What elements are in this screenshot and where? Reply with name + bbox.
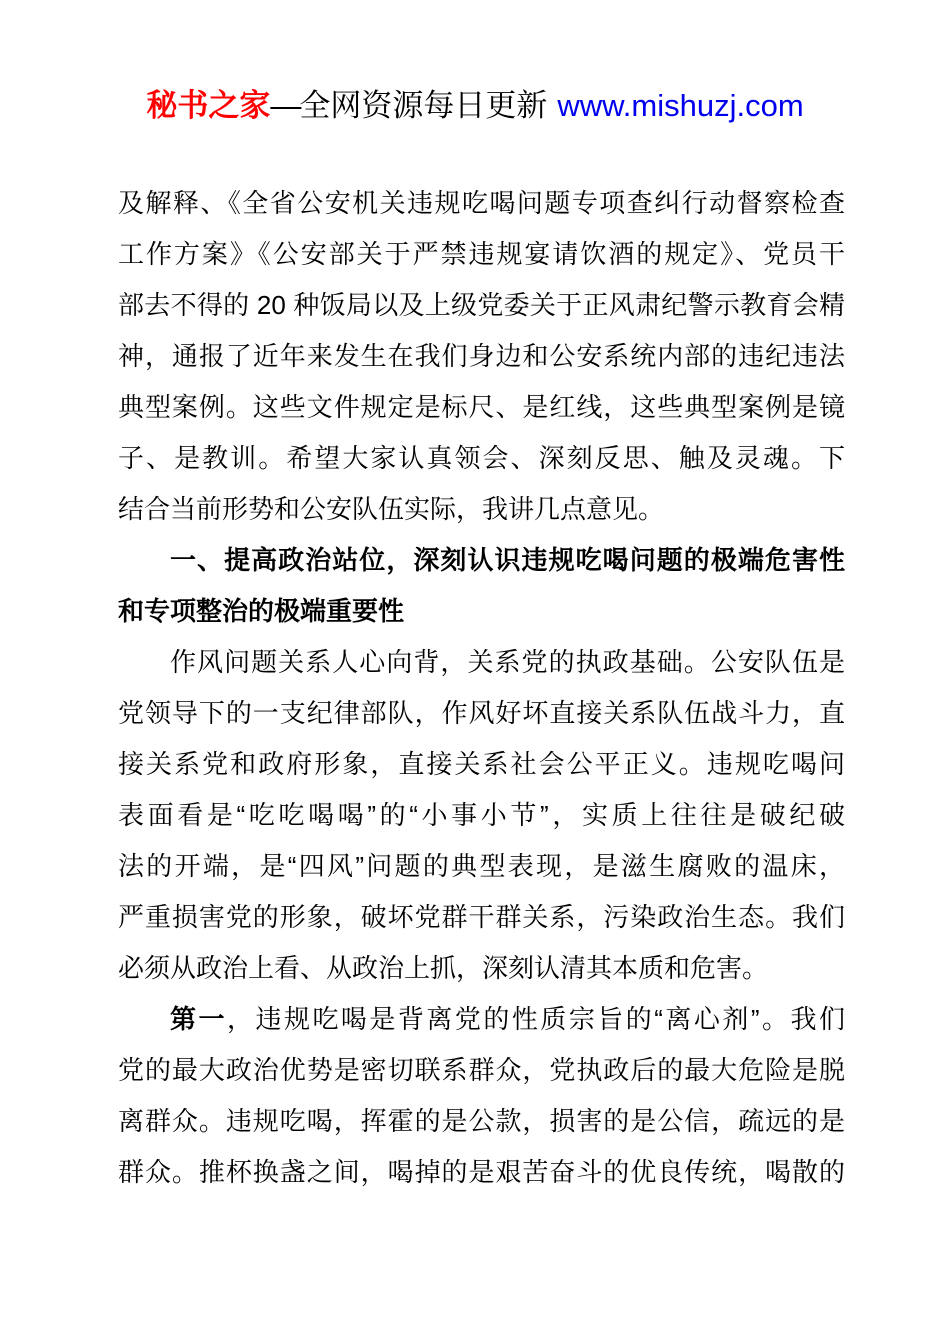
text-line: 党的最大政治优势是密切联系群众，党执政后的最大危险是脱 (118, 1045, 845, 1096)
text-line: 表面看是“吃吃喝喝”的“小事小节”，实质上往往是破纪破 (118, 790, 845, 841)
text-line: 必须从政治上看、从政治上抓，深刻认清其本质和危害。 (118, 943, 845, 994)
text-line: 典型案例。这些文件规定是标尺、是红线，这些典型案例是镜 (118, 382, 845, 433)
text-line: 接关系党和政府形象，直接关系社会公平正义。违规吃喝问题， (118, 739, 845, 790)
text-line: 离群众。违规吃喝，挥霍的是公款，损害的是公信，疏远的是 (118, 1096, 845, 1147)
line-text: ，违规吃喝是背离党的性质宗旨的“离心剂”。我们 (227, 1004, 845, 1034)
text-line: 第一，违规吃喝是背离党的性质宗旨的“离心剂”。我们 (118, 994, 845, 1045)
site-header: 秘书之家—全网资源每日更新www.mishuzj.com (0, 0, 950, 124)
text-line: 群众。推杯换盏之间，喝掉的是艰苦奋斗的优良传统，喝散的 (118, 1147, 845, 1198)
text-line: 党领导下的一支纪律部队，作风好坏直接关系队伍战斗力，直 (118, 688, 845, 739)
document-page: 秘书之家—全网资源每日更新www.mishuzj.com 及解释、《全省公安机关… (0, 0, 950, 1344)
emphasis-prefix: 第一 (170, 1004, 227, 1034)
dash-separator: — (270, 88, 299, 123)
text-line: 作风问题关系人心向背，关系党的执政基础。公安队伍是 (118, 637, 845, 688)
text-line: 部去不得的 20 种饭局以及上级党委关于正风肃纪警示教育会精 (118, 280, 845, 331)
site-url-link[interactable]: www.mishuzj.com (557, 88, 803, 123)
site-brand: 秘书之家 (146, 88, 270, 123)
text-line: 子、是教训。希望大家认真领会、深刻反思、触及灵魂。下面， (118, 433, 845, 484)
text-line: 和专项整治的极端重要性 (118, 586, 845, 637)
text-line: 工作方案》《公安部关于严禁违规宴请饮酒的规定》、党员干 (118, 229, 845, 280)
text-line: 神，通报了近年来发生在我们身边和公安系统内部的违纪违法 (118, 331, 845, 382)
text-line: 一、提高政治站位，深刻认识违规吃喝问题的极端危害性 (118, 535, 845, 586)
text-line: 结合当前形势和公安队伍实际，我讲几点意见。 (118, 484, 845, 535)
text-line: 法的开端，是“四风”问题的典型表现，是滋生腐败的温床， (118, 841, 845, 892)
site-tagline: 全网资源每日更新 (299, 88, 547, 123)
text-line: 及解释、《全省公安机关违规吃喝问题专项查纠行动督察检查 (118, 178, 845, 229)
text-line: 严重损害党的形象，破坏党群干群关系，污染政治生态。我们 (118, 892, 845, 943)
document-body: 及解释、《全省公安机关违规吃喝问题专项查纠行动督察检查工作方案》《公安部关于严禁… (118, 178, 845, 1198)
